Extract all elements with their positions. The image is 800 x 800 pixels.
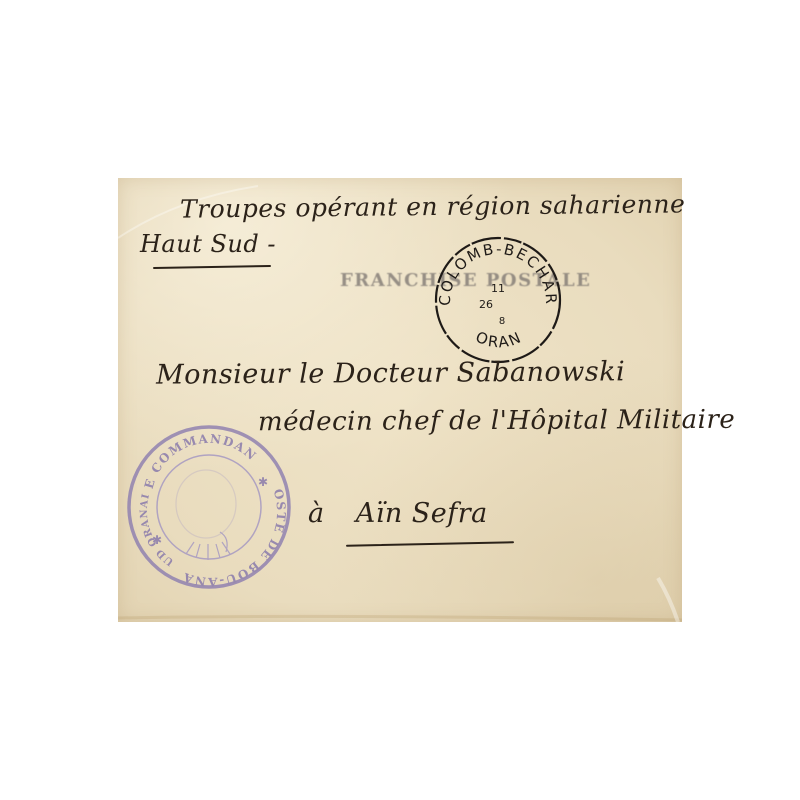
address-line-2: médecin chef de l'Hôpital Militaire xyxy=(258,405,735,437)
sender-line-2: Haut Sud - xyxy=(140,230,276,258)
svg-text:✱: ✱ xyxy=(152,533,162,547)
postmark-year: 11 xyxy=(491,282,505,295)
address-line-3: à Aïn Sefra xyxy=(308,498,488,529)
underline-city xyxy=(346,541,514,547)
address-city: Aïn Sefra xyxy=(356,498,488,529)
envelope: Troupes opérant en région saharienne Hau… xyxy=(118,178,682,622)
svg-text:(SUD ORANAIS): (SUD ORANAIS) xyxy=(124,422,176,567)
svg-text:COLOMB-BECHAR: COLOMB-BECHAR xyxy=(436,240,560,306)
commandant-seal: LE COMMANDANT POSTE DE BOU-ANAN (SUD ORA… xyxy=(124,422,294,592)
marianne-emblem-icon xyxy=(176,470,236,560)
svg-text:✱: ✱ xyxy=(258,475,268,489)
postmark-day: 26 xyxy=(479,298,493,311)
sender-line-1: Troupes opérant en région saharienne xyxy=(180,189,686,223)
postmark-cancel: COLOMB-BECHAR ORAN 11 26 8 xyxy=(428,230,568,370)
seal-left-text: (SUD ORANAIS) xyxy=(124,422,176,567)
postmark-bottom-text: ORAN xyxy=(473,328,525,352)
postmark-top-text: COLOMB-BECHAR xyxy=(436,240,560,306)
address-line-1: Monsieur le Docteur Sabanowski xyxy=(156,356,625,390)
postmark-month: 8 xyxy=(499,316,505,327)
address-prefix: à xyxy=(308,498,325,529)
svg-text:ORAN: ORAN xyxy=(473,328,525,352)
underline-sender xyxy=(153,265,271,269)
